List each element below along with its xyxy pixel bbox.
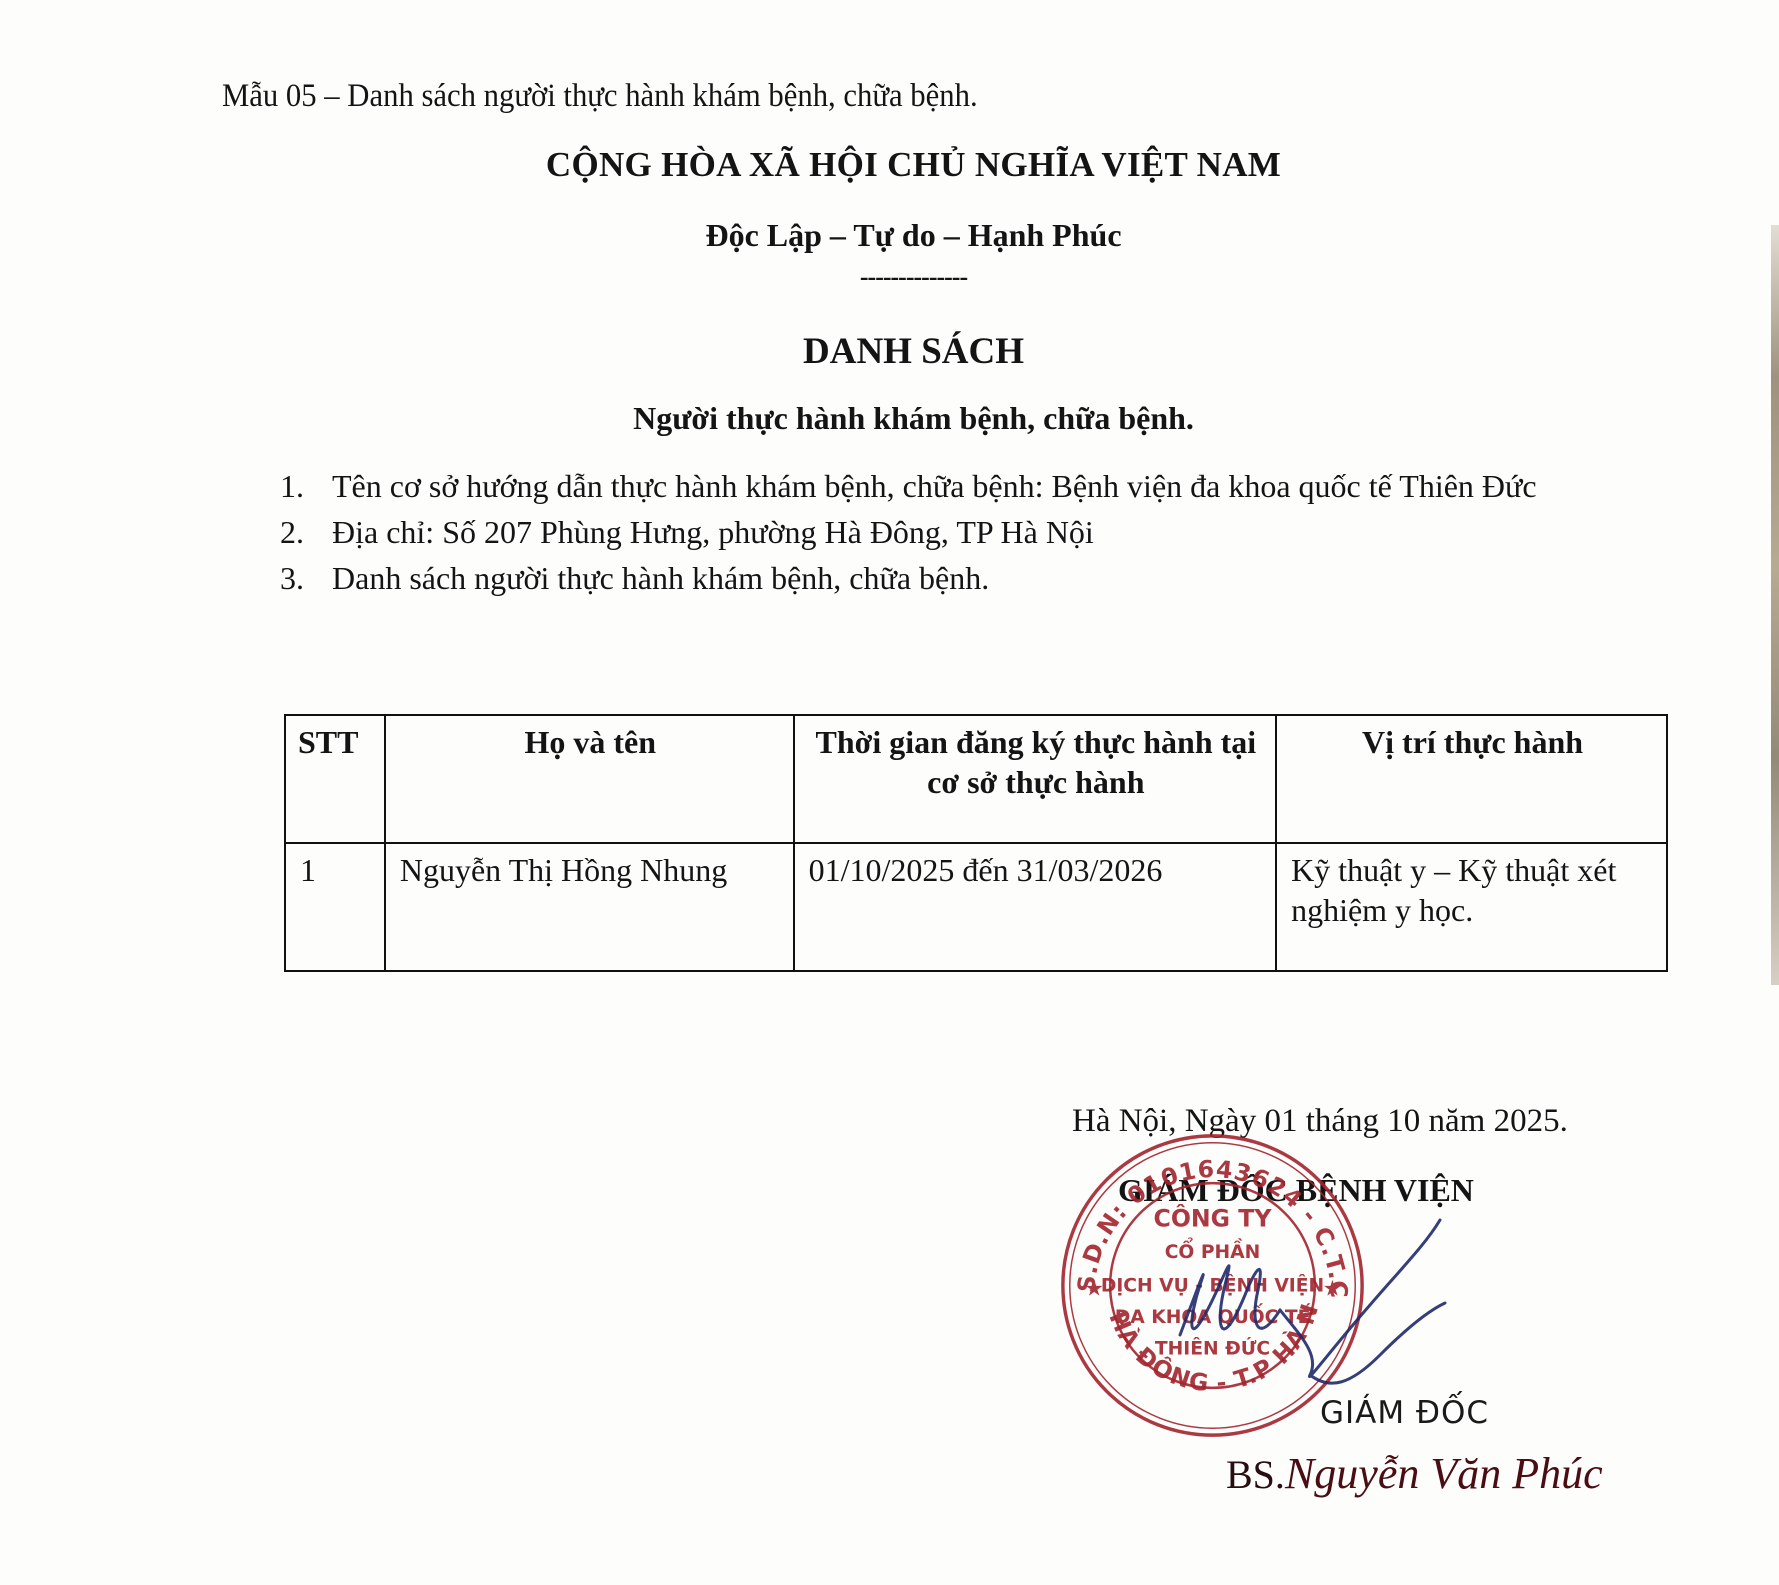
handwritten-signature-icon	[1140, 1215, 1470, 1415]
form-code: Mẫu 05 – Danh sách người thực hành khám …	[222, 78, 978, 115]
column-header-name: Họ và tên	[385, 715, 794, 843]
column-header-period: Thời gian đăng ký thực hành tại cơ sở th…	[794, 715, 1276, 843]
list-number: 1.	[280, 463, 332, 509]
national-motto: Độc Lập – Tự do – Hạnh Phúc	[0, 217, 1779, 254]
cell-stt: 1	[285, 843, 385, 971]
document-title: DANH SÁCH	[0, 330, 1779, 373]
stamp-role: GIÁM ĐỐC	[1320, 1395, 1489, 1431]
document-subtitle: Người thực hành khám bệnh, chữa bệnh.	[0, 400, 1779, 437]
list-number: 2.	[280, 509, 332, 555]
signer-prefix: BS.	[1226, 1452, 1285, 1497]
practitioner-table: STT Họ và tên Thời gian đăng ký thực hàn…	[284, 714, 1668, 972]
signer-name: BS.Nguyễn Văn Phúc	[1226, 1448, 1603, 1499]
list-item: 3. Danh sách người thực hành khám bệnh, …	[280, 555, 1625, 601]
list-item: 1. Tên cơ sở hướng dẫn thực hành khám bệ…	[280, 463, 1625, 509]
list-number: 3.	[280, 555, 332, 601]
signer-full-name: Nguyễn Văn Phúc	[1285, 1449, 1603, 1498]
info-list: 1. Tên cơ sở hướng dẫn thực hành khám bệ…	[280, 463, 1625, 601]
national-title: CỘNG HÒA XÃ HỘI CHỦ NGHĨA VIỆT NAM	[0, 145, 1779, 185]
cell-period: 01/10/2025 đến 31/03/2026	[794, 843, 1276, 971]
table-header-row: STT Họ và tên Thời gian đăng ký thực hàn…	[285, 715, 1667, 843]
roster-caption: Danh sách người thực hành khám bệnh, chữ…	[332, 555, 1625, 601]
facility-name: Tên cơ sở hướng dẫn thực hành khám bệnh,…	[332, 463, 1625, 509]
cell-position: Kỹ thuật y – Kỹ thuật xét nghiệm y học.	[1276, 843, 1667, 971]
table-row: 1 Nguyễn Thị Hồng Nhung 01/10/2025 đến 3…	[285, 843, 1667, 971]
facility-address: Địa chỉ: Số 207 Phùng Hưng, phường Hà Đô…	[332, 509, 1625, 555]
list-item: 2. Địa chỉ: Số 207 Phùng Hưng, phường Hà…	[280, 509, 1625, 555]
column-header-stt: STT	[285, 715, 385, 843]
column-header-position: Vị trí thực hành	[1276, 715, 1667, 843]
header-divider: --------------	[0, 262, 1779, 292]
cell-name: Nguyễn Thị Hồng Nhung	[385, 843, 794, 971]
